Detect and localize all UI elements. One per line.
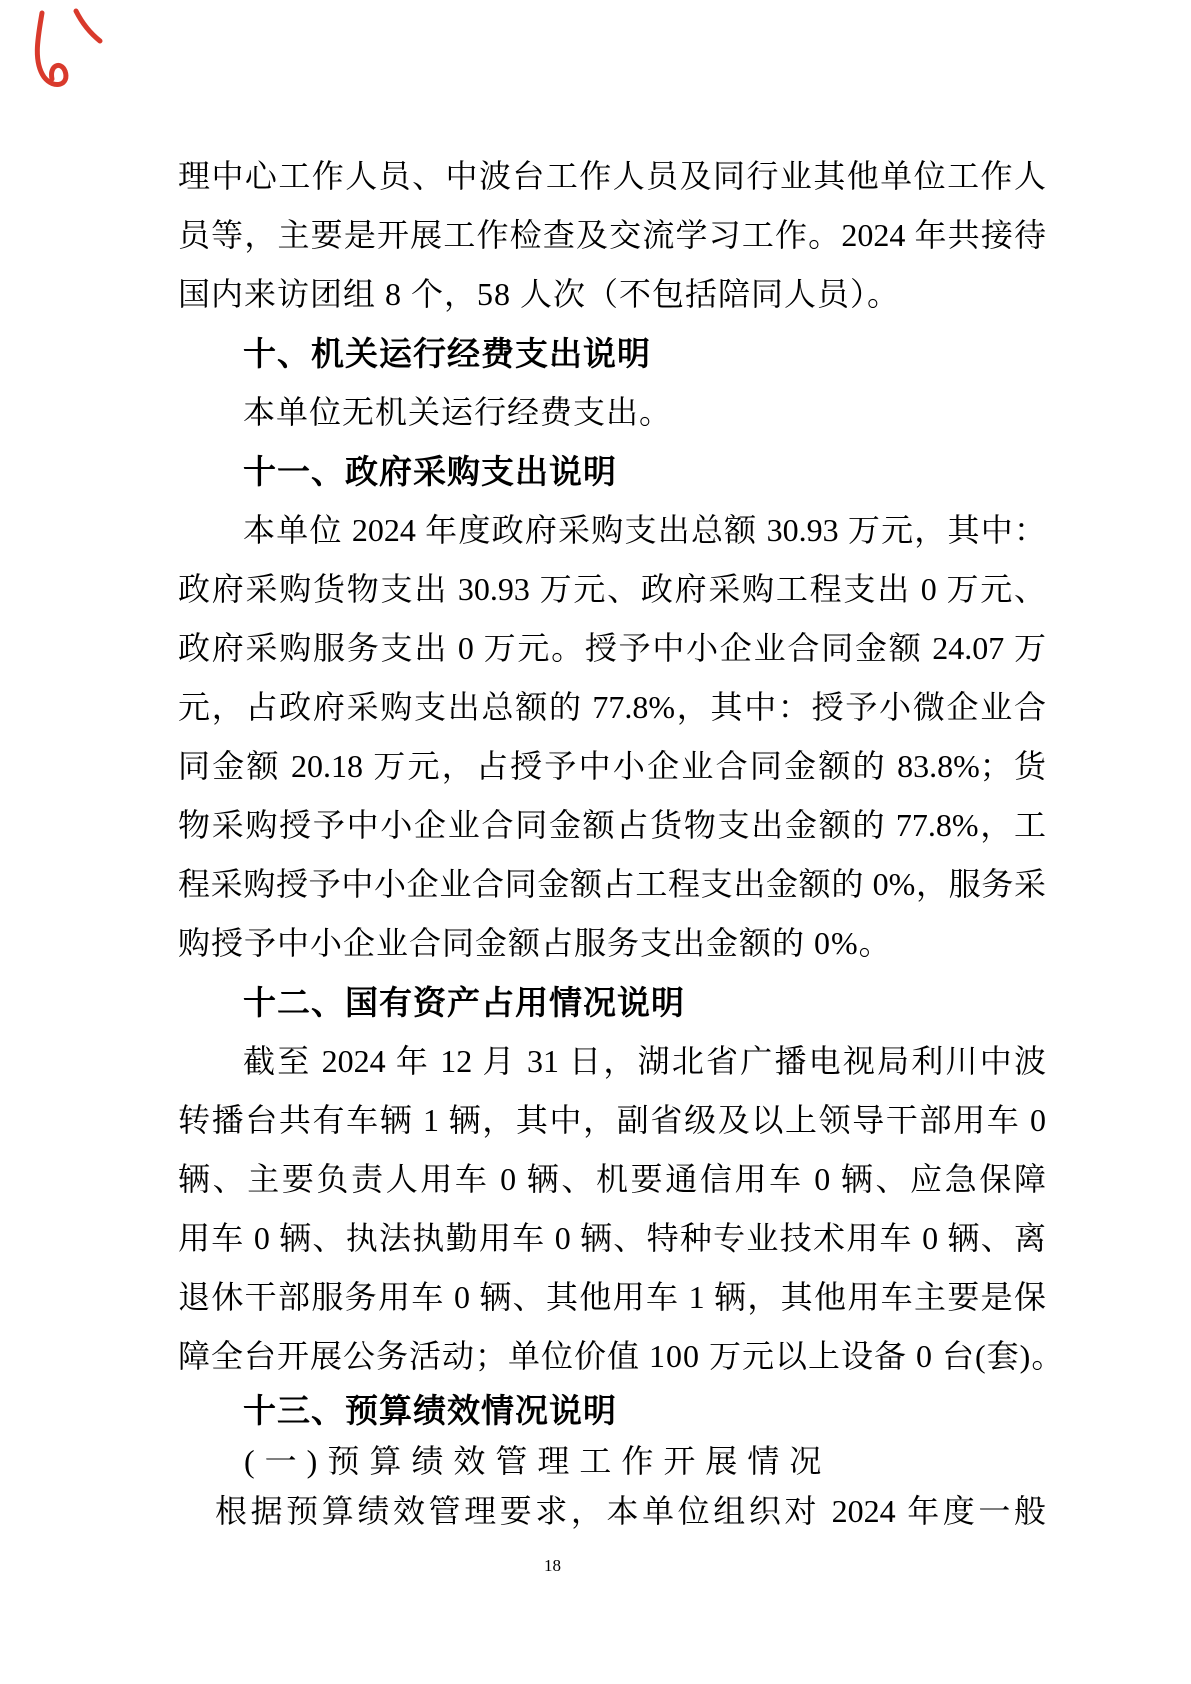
subheading-line: (一)预算绩效管理工作开展情况 <box>178 1436 1046 1486</box>
text-line: 元，占政府采购支出总额的 77.8%，其中：授予小微企业合 <box>178 678 1046 737</box>
text-line: 物采购授予中小企业合同金额占货物支出金额的 77.8%，工 <box>178 796 1046 855</box>
page-background: 理中心工作人员、中波台工作人员及同行业其他单位工作人 员等，主要是开展工作检查及… <box>0 0 1191 1684</box>
text-line: 政府采购服务支出 0 万元。授予中小企业合同金额 24.07 万 <box>178 619 1046 678</box>
text-block: 理中心工作人员、中波台工作人员及同行业其他单位工作人 员等，主要是开展工作检查及… <box>178 147 1046 1536</box>
text-line: 辆、主要负责人用车 0 辆、机要通信用车 0 辆、应急保障 <box>178 1150 1046 1209</box>
text-line: 退休干部服务用车 0 辆、其他用车 1 辆，其他用车主要是保 <box>178 1268 1046 1327</box>
text-line: 障全台开展公务活动；单位价值 100 万元以上设备 0 台(套)。 <box>178 1327 1046 1386</box>
red-pen-marks-icon <box>18 3 114 99</box>
text-line: 本单位 2024 年度政府采购支出总额 30.93 万元，其中： <box>178 501 1046 560</box>
text-line: 理中心工作人员、中波台工作人员及同行业其他单位工作人 <box>178 147 1046 206</box>
document-page: { "page": { "number": "18", "background_… <box>0 0 1191 1684</box>
heading-section-11: 十一、政府采购支出说明 <box>178 442 1046 501</box>
text-line: 用车 0 辆、执法执勤用车 0 辆、特种专业技术用车 0 辆、离 <box>178 1209 1046 1268</box>
text-line: 根据预算绩效管理要求，本单位组织对 2024 年度一般 <box>178 1486 1046 1536</box>
heading-section-13: 十三、预算绩效情况说明 <box>178 1386 1046 1436</box>
text-line: 同金额 20.18 万元，占授予中小企业合同金额的 83.8%；货 <box>178 737 1046 796</box>
text-line: 员等，主要是开展工作检查及交流学习工作。2024 年共接待 <box>178 206 1046 265</box>
text-line: 购授予中小企业合同金额占服务支出金额的 0%。 <box>178 914 1046 973</box>
text-line: 转播台共有车辆 1 辆，其中，副省级及以上领导干部用车 0 <box>178 1091 1046 1150</box>
page-number: 18 <box>0 1556 1105 1576</box>
text-line: 程采购授予中小企业合同金额占工程支出金额的 0%，服务采 <box>178 855 1046 914</box>
text-line: 国内来访团组 8 个，58 人次（不包括陪同人员）。 <box>178 265 1046 324</box>
text-line: 本单位无机关运行经费支出。 <box>178 383 1046 442</box>
heading-section-10: 十、机关运行经费支出说明 <box>178 324 1046 383</box>
text-line: 截至 2024 年 12 月 31 日，湖北省广播电视局利川中波 <box>178 1032 1046 1091</box>
heading-section-12: 十二、国有资产占用情况说明 <box>178 973 1046 1032</box>
text-line: 政府采购货物支出 30.93 万元、政府采购工程支出 0 万元、 <box>178 560 1046 619</box>
